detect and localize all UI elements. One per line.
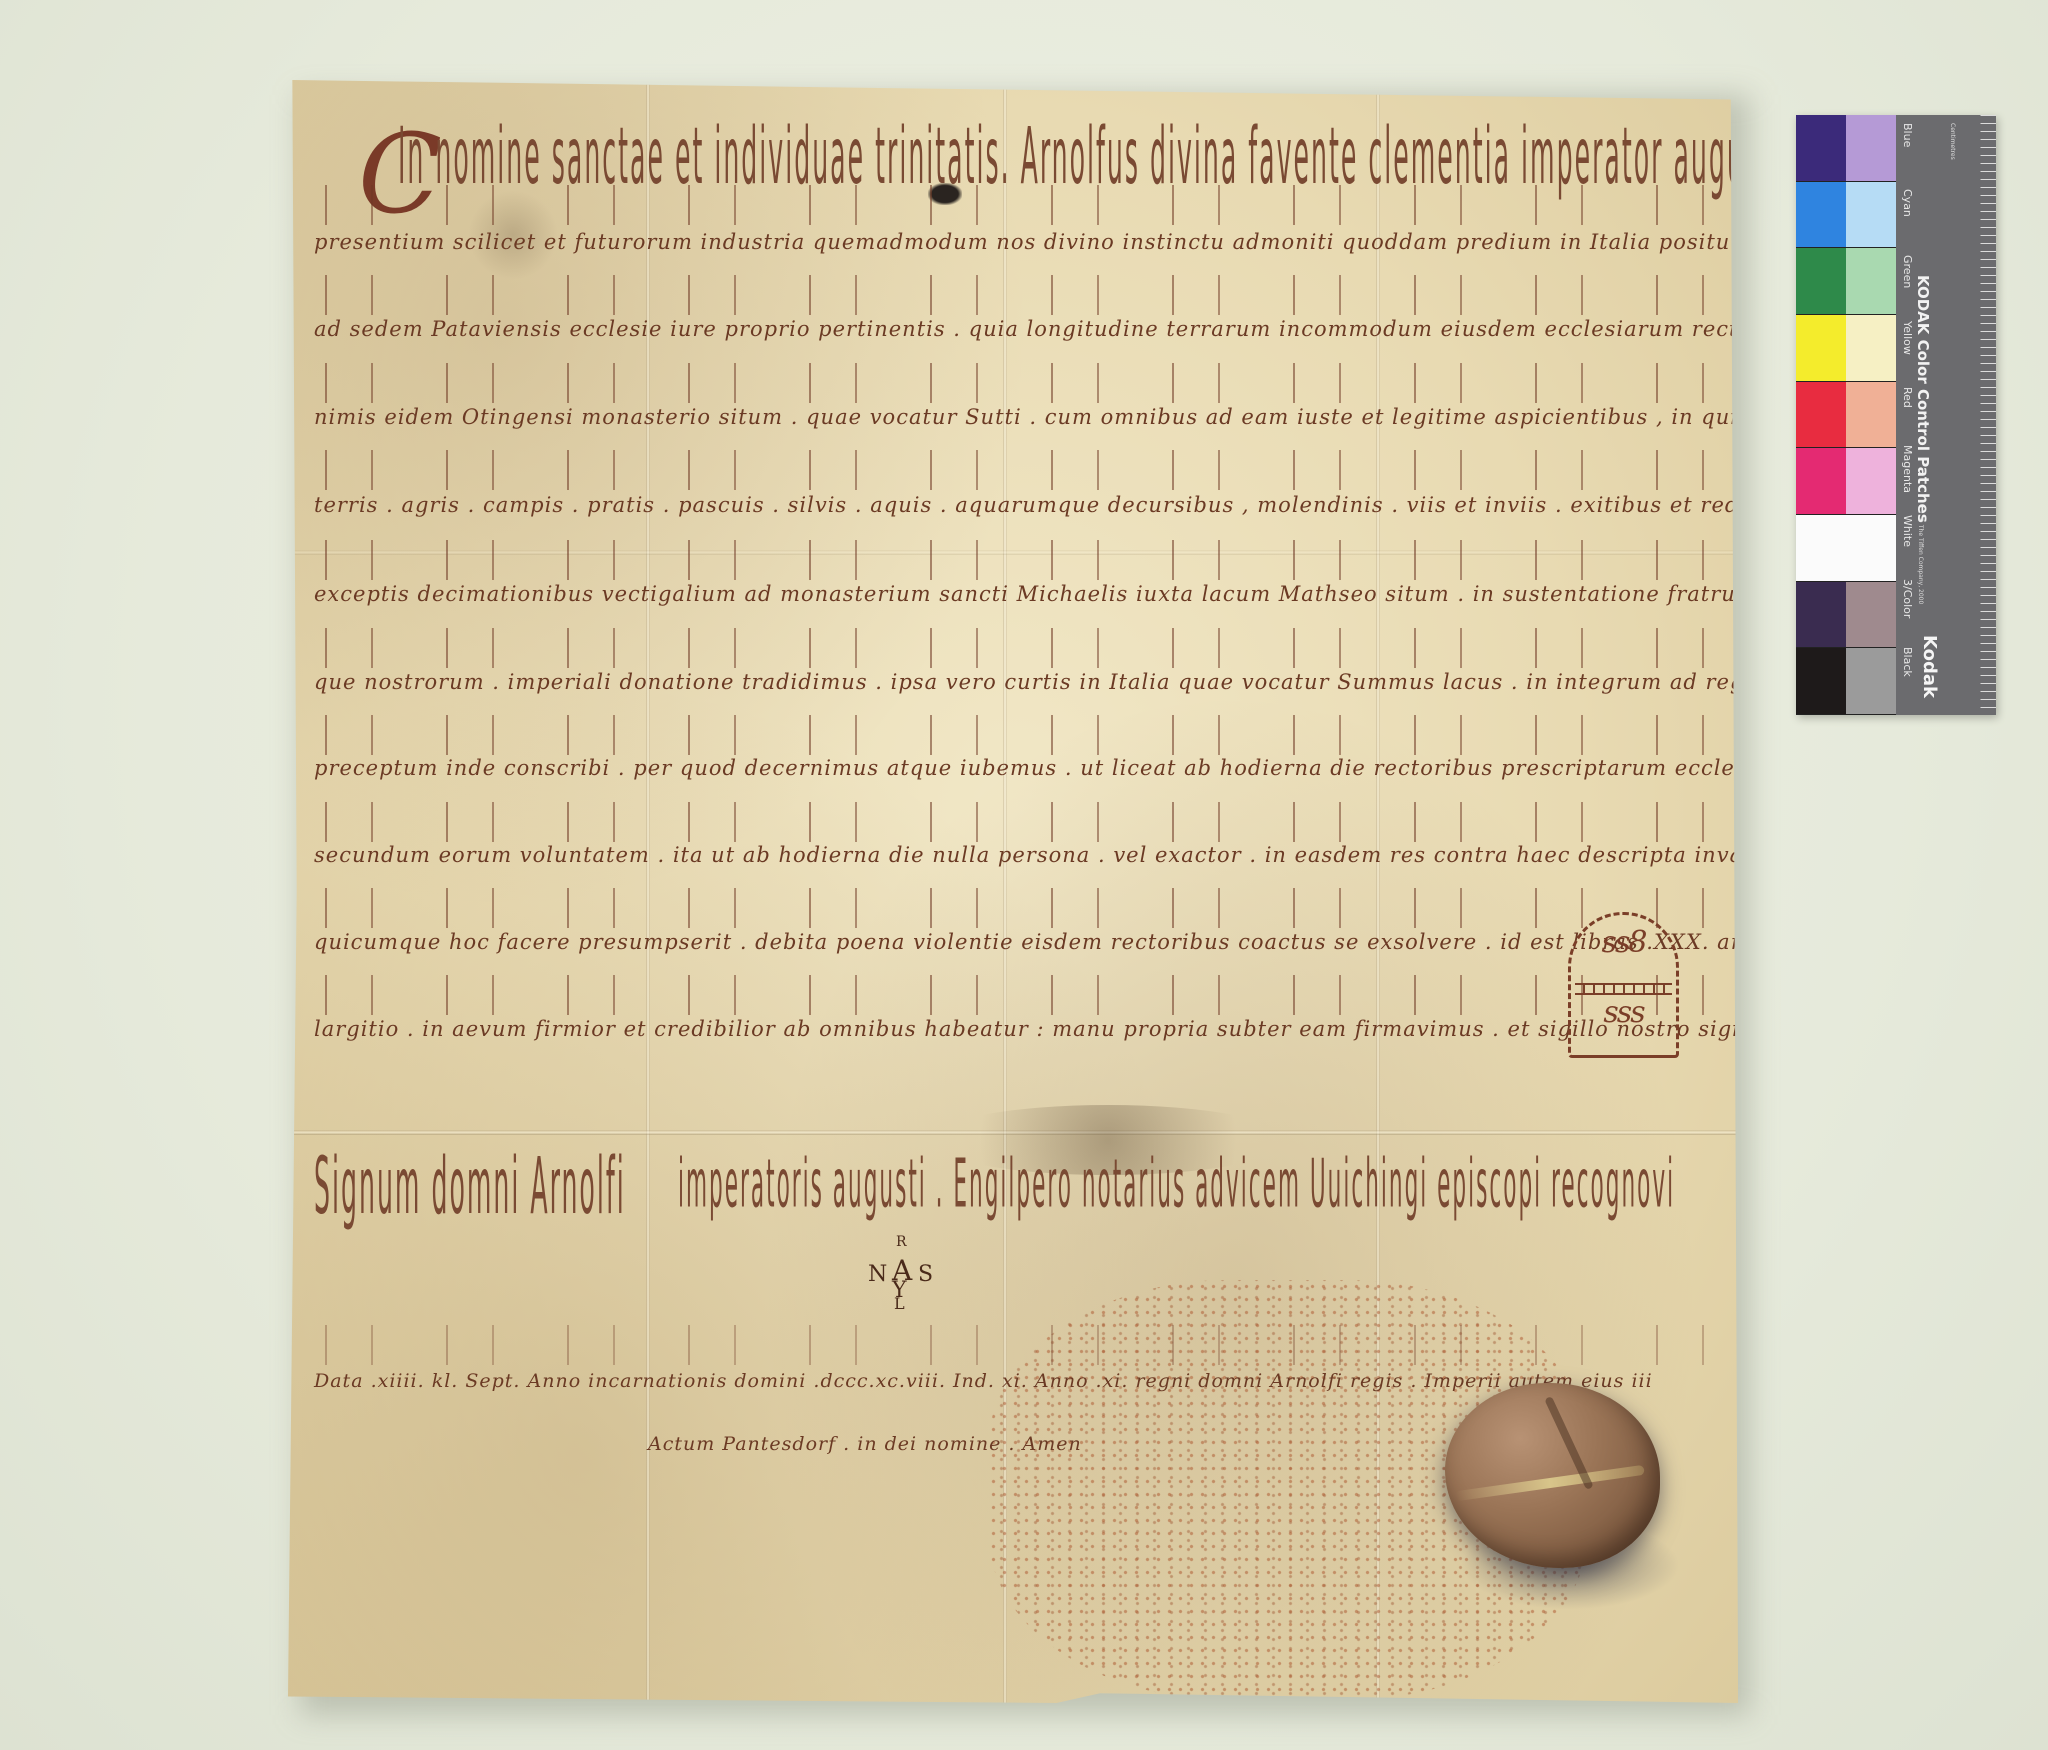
recognition-marks-upper: ss8 — [1571, 925, 1676, 960]
signum-line-right: imperatoris augusti . Engilpero notarius… — [678, 1145, 1675, 1223]
recognition-marks-lower: sss — [1571, 995, 1676, 1030]
ascender-strokes — [288, 715, 1738, 755]
dark-patch-column — [1796, 115, 1846, 715]
monogram-letter: L — [894, 1294, 905, 1313]
dating-line: Data .xiiii. kl. Sept. Anno incarnationi… — [314, 1370, 1653, 1392]
ascender-strokes — [288, 540, 1738, 580]
monogram-letter: R — [896, 1234, 907, 1250]
body-text: secundum eorum voluntatem . ita ut ab ho… — [314, 843, 2048, 867]
arnulf-monogram: N A R S Y L — [868, 1240, 938, 1310]
patch-red-light — [1846, 382, 1896, 449]
body-text: quicumque hoc facere presumpserit . debi… — [314, 930, 2048, 954]
patch-white — [1796, 515, 1846, 582]
ruler-ticks — [1962, 115, 1996, 715]
body-text: exceptis decimationibus vectigalium ad m… — [314, 582, 2048, 606]
kodak-ruler: Blue Cyan Green Yellow Red Magenta White… — [1896, 115, 1996, 715]
patch-label: Red — [1901, 387, 1914, 408]
body-text: preceptum inde conscribi . per quod dece… — [314, 756, 2048, 780]
patch-black-dark — [1796, 648, 1846, 715]
patch-magenta-dark — [1796, 448, 1846, 515]
body-line-5: exceptis decimationibus vectigalium ad m… — [314, 582, 2048, 606]
body-line-2: ad sedem Pataviensis ecclesie iure propr… — [314, 317, 2048, 341]
ascender-strokes — [288, 628, 1738, 668]
horizontal-fold-line — [288, 550, 1738, 555]
patch-label: Green — [1901, 255, 1914, 288]
recognition-text: imperatoris augusti . Engilpero notarius… — [678, 1145, 1675, 1223]
ascender-strokes — [288, 975, 1738, 1015]
patch-label: Cyan — [1901, 189, 1914, 217]
ascender-strokes — [288, 450, 1738, 490]
body-text: que nostrorum . imperiali donatione trad… — [314, 670, 2048, 694]
patch-3color-dark — [1796, 582, 1846, 649]
actum-text: Actum Pantesdorf . in dei nomine . Amen — [648, 1433, 1082, 1455]
body-text: terris . agris . campis . pratis . pascu… — [314, 493, 2048, 517]
light-patch-column — [1846, 115, 1896, 715]
patch-label: Magenta — [1901, 445, 1914, 493]
ascender-strokes — [288, 363, 1738, 403]
body-line-4: terris . agris . campis . pratis . pascu… — [314, 493, 2048, 517]
patch-yellow-dark — [1796, 315, 1846, 382]
patch-green-dark — [1796, 248, 1846, 315]
patch-black-light — [1846, 648, 1896, 715]
kodak-copyright: © The Tiffen Company, 2000 — [1917, 517, 1924, 604]
body-text: ad sedem Pataviensis ecclesie iure propr… — [314, 317, 2048, 341]
patch-magenta-light — [1846, 448, 1896, 515]
patch-label: 3/Color — [1901, 579, 1914, 618]
recognition-bar — [1575, 983, 1672, 995]
kodak-color-card: Blue Cyan Green Yellow Red Magenta White… — [1796, 115, 1996, 715]
patch-blue-dark — [1796, 115, 1846, 182]
dating-text: Data .xiiii. kl. Sept. Anno incarnationi… — [314, 1370, 1653, 1392]
patch-label: White — [1901, 515, 1914, 547]
body-line-8: secundum eorum voluntatem . ita ut ab ho… — [314, 843, 2048, 867]
ascender-strokes — [288, 275, 1738, 315]
monogram-letter: N — [868, 1262, 887, 1287]
monogram-letter: S — [918, 1262, 933, 1287]
patch-green-light — [1846, 248, 1896, 315]
patch-label: Blue — [1901, 123, 1914, 147]
body-line-3: nimis eidem Otingensi monasterio situm .… — [314, 405, 2048, 429]
body-line-1: presentium scilicet et futurorum industr… — [314, 230, 2048, 254]
body-line-9: quicumque hoc facere presumpserit . debi… — [314, 930, 2048, 954]
body-text: nimis eidem Otingensi monasterio situm .… — [314, 405, 2048, 429]
patch-3color-light — [1846, 582, 1896, 649]
ascender-strokes — [288, 888, 1738, 928]
body-line-7: preceptum inde conscribi . per quod dece… — [314, 756, 2048, 780]
ruler-units-label: Centimetres — [1949, 123, 1956, 160]
body-line-6: que nostrorum . imperiali donatione trad… — [314, 670, 2048, 694]
ascender-strokes — [288, 802, 1738, 842]
patch-cyan-dark — [1796, 182, 1846, 249]
kodak-logo: Kodak — [1919, 635, 1940, 698]
signum-text: Signum domni Arnolfi — [314, 1140, 626, 1232]
patch-label: Yellow — [1901, 321, 1914, 355]
patch-white — [1846, 515, 1896, 582]
signum-line-left: Signum domni Arnolfi — [314, 1140, 626, 1232]
body-text: presentium scilicet et futurorum industr… — [314, 230, 2048, 254]
patch-label: Black — [1901, 647, 1914, 677]
patch-cyan-light — [1846, 182, 1896, 249]
patch-yellow-light — [1846, 315, 1896, 382]
kodak-title: KODAK Color Control Patches — [1914, 275, 1932, 523]
patch-blue-light — [1846, 115, 1896, 182]
protocol-line: In nomine sanctae et individuae trinitat… — [398, 110, 1718, 202]
actum-line: Actum Pantesdorf . in dei nomine . Amen — [648, 1433, 1082, 1455]
recognition-sign: ss8 sss — [1568, 912, 1679, 1058]
patch-red-dark — [1796, 382, 1846, 449]
